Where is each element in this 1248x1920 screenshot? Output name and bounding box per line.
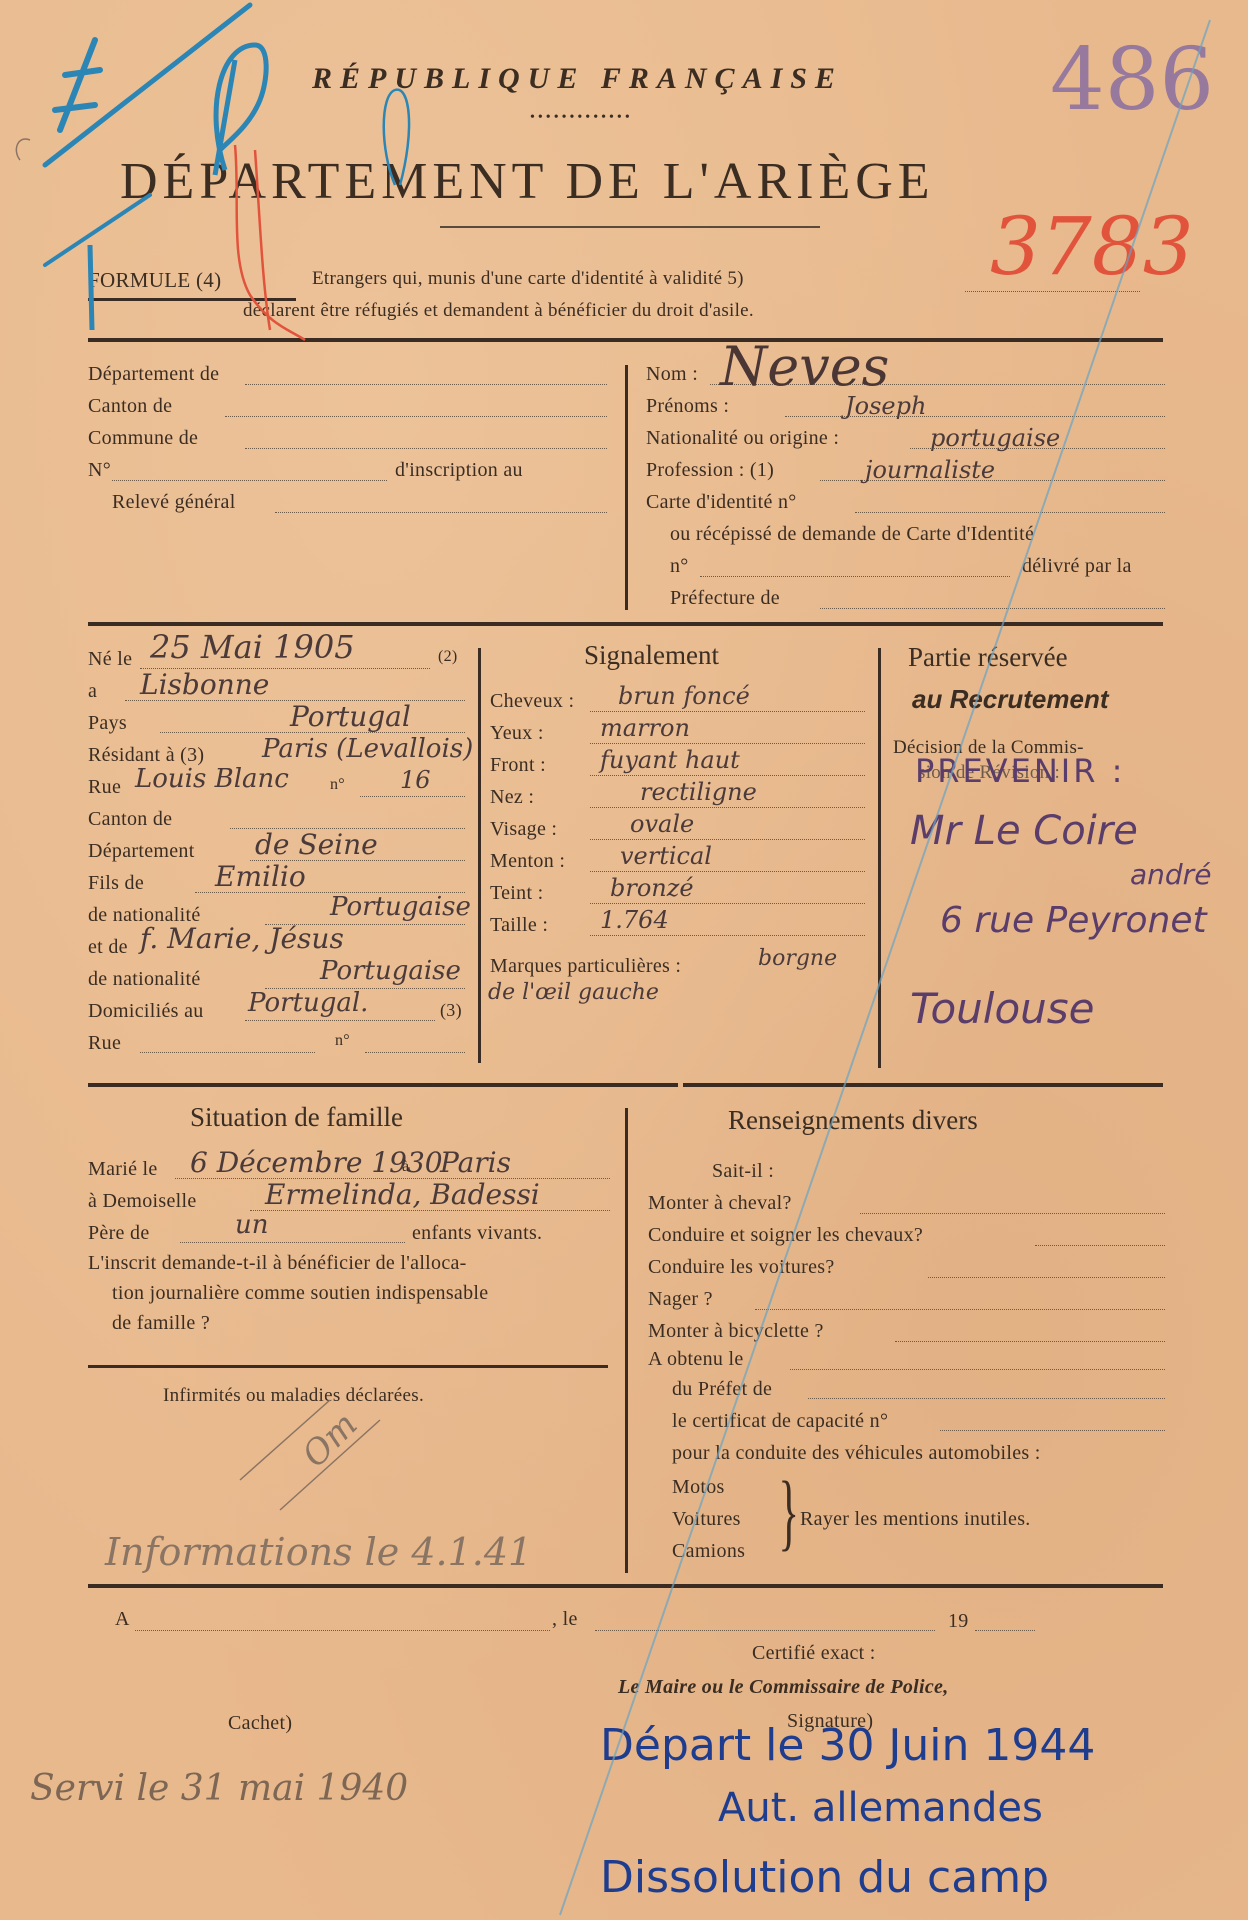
signalement-value: fuyant haut: [600, 746, 740, 774]
inscription-label: d'inscription au: [395, 459, 523, 482]
pere-de-field[interactable]: [180, 1242, 405, 1243]
departement-de-field[interactable]: [245, 384, 607, 385]
signalement-value: bronzé: [610, 874, 694, 902]
footer-year-field[interactable]: [975, 1630, 1035, 1631]
signalement-label: Teint :: [490, 882, 543, 905]
renseignement-answer-field[interactable]: [860, 1213, 1165, 1214]
rue-no-value: 16: [400, 766, 431, 794]
footer-place-field[interactable]: [135, 1630, 550, 1631]
renseignement-answer-field[interactable]: [755, 1309, 1165, 1310]
numero-field[interactable]: [112, 480, 387, 481]
renseignement-answer-field[interactable]: [1035, 1245, 1165, 1246]
formule-line2: déclarent être réfugiés et demandent à b…: [243, 300, 754, 322]
infirmites-pencil-mark: Om: [295, 1405, 366, 1476]
nationalite2-value: Portugaise: [320, 956, 461, 986]
formule-blank: [965, 291, 1140, 292]
renseignement-question: Conduire et soigner les chevaux?: [648, 1224, 923, 1247]
profession-value: journaliste: [865, 456, 995, 484]
releve-general-label: Relevé général: [112, 491, 236, 514]
pays-label: Pays: [88, 712, 127, 735]
department-title: DÉPARTEMENT DE L'ARIÈGE: [120, 152, 935, 211]
prefet-label: du Préfet de: [672, 1378, 772, 1401]
residant-value: Paris (Levallois): [262, 734, 473, 764]
marie-le-label: Marié le: [88, 1158, 158, 1181]
carte-identite-label: Carte d'identité n°: [646, 491, 797, 514]
rue2-no-label: n°: [335, 1032, 350, 1050]
signalement-field[interactable]: [590, 775, 865, 776]
title-ornament-rule: [440, 226, 820, 228]
marques-label: Marques particulières :: [490, 955, 681, 978]
fils-de-label: Fils de: [88, 872, 144, 895]
servi-note: Servi le 31 mai 1940: [30, 1768, 408, 1809]
renseignement-question: Nager ?: [648, 1288, 713, 1311]
famille-rule: [88, 1365, 608, 1368]
signalement-title: Signalement: [584, 640, 719, 671]
certificat-label: le certificat de capacité n°: [672, 1410, 888, 1433]
ne-le-value: 25 Mai 1905: [150, 628, 355, 666]
nationalite-value: portugaise: [930, 424, 1060, 452]
allocation-question-2: tion journalière comme soutien indispens…: [112, 1282, 488, 1305]
signalement-field[interactable]: [590, 903, 865, 904]
cachet-label: Cachet): [228, 1712, 292, 1735]
domicilies-value: Portugal.: [248, 988, 368, 1018]
signalement-value: rectiligne: [640, 778, 757, 806]
blue-crayon-slash-1: [45, 5, 250, 165]
recrutement-title2: au Recrutement: [912, 684, 1109, 715]
renseignement-question: Conduire les voitures?: [648, 1256, 835, 1279]
rue2-label: Rue: [88, 1032, 121, 1055]
pays-value: Portugal: [290, 700, 411, 733]
signalement-value: marron: [600, 714, 690, 742]
recrutement-title1: Partie réservée: [908, 642, 1068, 673]
renseignement-question: A obtenu le: [648, 1348, 744, 1371]
red-file-number: 3783: [990, 200, 1194, 293]
prenoms-field[interactable]: [785, 416, 1165, 417]
republic-title: RÉPUBLIQUE FRANÇAISE: [312, 62, 843, 96]
recepisse-label: ou récépissé de demande de Carte d'Ident…: [670, 523, 1034, 546]
formule-line1: Etrangers qui, munis d'une carte d'ident…: [312, 268, 744, 290]
vehicle-motos: Motos: [672, 1476, 725, 1499]
header-rule: [88, 338, 1163, 342]
domicilies-label: Domiciliés au: [88, 1000, 204, 1023]
recepisse-no-field[interactable]: [700, 576, 1010, 577]
pere-de-label: Père de: [88, 1222, 150, 1245]
recrutement-note-4: Toulouse: [910, 984, 1095, 1033]
recepisse-no-label: n°: [670, 555, 689, 578]
footer-a-label: A: [115, 1608, 130, 1631]
pere-de-value: un: [235, 1210, 269, 1240]
signalement-field[interactable]: [590, 839, 865, 840]
signalement-value: 1.764: [600, 906, 669, 934]
signalement-field[interactable]: [590, 711, 865, 712]
canton-label: Canton de: [88, 808, 172, 831]
rue-value: Louis Blanc: [135, 764, 289, 794]
renseignement-answer-field[interactable]: [895, 1341, 1165, 1342]
signalement-field[interactable]: [590, 935, 865, 936]
nom-label: Nom :: [646, 363, 698, 386]
conduite-label: pour la conduite des véhicules automobil…: [672, 1442, 1041, 1465]
renseignement-question: Monter à cheval?: [648, 1192, 792, 1215]
signalement-divider: [878, 648, 881, 1068]
sait-il-label: Sait-il :: [712, 1160, 774, 1183]
signalement-field[interactable]: [590, 871, 865, 872]
signalement-value: vertical: [620, 842, 712, 870]
renseignement-answer-field[interactable]: [790, 1369, 1165, 1370]
footer-year-prefix: 19: [948, 1610, 969, 1633]
birth-divider: [478, 648, 481, 1063]
marie-a-value: Paris: [440, 1146, 511, 1179]
renseignement-question: Monter à bicyclette ?: [648, 1320, 824, 1343]
blue-note-line-0: Départ le 30 Juin 1944: [600, 1720, 1095, 1771]
pere-de-suffix: enfants vivants.: [412, 1222, 542, 1245]
prefecture-label: Préfecture de: [670, 587, 780, 610]
stamp-number: 486: [1050, 30, 1214, 130]
rue-no-field[interactable]: [360, 796, 465, 797]
rue-label: Rue: [88, 776, 121, 799]
marques-value2: de l'œil gauche: [488, 980, 659, 1005]
domicilies-field[interactable]: [245, 1020, 435, 1021]
commune-de-label: Commune de: [88, 427, 198, 450]
commune-de-field[interactable]: [245, 448, 607, 449]
prefecture-field[interactable]: [820, 608, 1165, 609]
footer-le-label: , le: [552, 1608, 578, 1631]
allocation-question-3: de famille ?: [112, 1312, 210, 1335]
signalement-label: Visage :: [490, 818, 557, 841]
signalement-value: brun foncé: [618, 682, 750, 710]
signalement-label: Menton :: [490, 850, 565, 873]
certifie-label: Certifié exact :: [752, 1642, 876, 1665]
nom-value: Neves: [720, 335, 889, 398]
allocation-question-1: L'inscrit demande-t-il à bénéficier de l…: [88, 1252, 467, 1275]
canton-de-field[interactable]: [225, 416, 607, 417]
recrutement-note-0: PREVENIR :: [915, 752, 1125, 790]
a-value: Lisbonne: [140, 668, 269, 701]
signalement-label: Taille :: [490, 914, 548, 937]
signalement-field[interactable]: [590, 743, 865, 744]
signalement-label: Nez :: [490, 786, 534, 809]
mid-rule-left: [88, 1083, 678, 1087]
footer-date-field[interactable]: [595, 1630, 935, 1631]
prenoms-value: Joseph: [845, 392, 926, 420]
certificat-field[interactable]: [940, 1430, 1165, 1431]
et-de-label: et de: [88, 936, 128, 959]
demoiselle-label: à Demoiselle: [88, 1190, 197, 1213]
vehicle-camions: Camions: [672, 1540, 745, 1563]
vehicle-voitures: Voitures: [672, 1508, 741, 1531]
canton-de-label: Canton de: [88, 395, 172, 418]
blue-crayon-mark-e: [55, 40, 100, 130]
carte-identite-field[interactable]: [855, 512, 1165, 513]
et-de-value: f. Marie, Jésus: [140, 922, 344, 955]
departement-label: Département: [88, 840, 195, 863]
recrutement-note-1: Mr Le Coire: [910, 808, 1138, 854]
prefet-field[interactable]: [808, 1398, 1165, 1399]
blue-note-line-1: Aut. allemandes: [718, 1785, 1043, 1831]
nationalite1-value: Portugaise: [330, 892, 471, 922]
famille-title: Situation de famille: [190, 1102, 403, 1133]
departement-value: de Seine: [255, 828, 378, 861]
signalement-value: ovale: [630, 810, 694, 838]
blue-note-line-2: Dissolution du camp: [600, 1852, 1049, 1903]
mid-rule-right: [683, 1083, 1163, 1087]
vehicles-brace: }: [778, 1468, 799, 1554]
signalement-label: Front :: [490, 754, 546, 777]
departement-de-label: Département de: [88, 363, 219, 386]
marques-value1: borgne: [758, 946, 837, 971]
nationalite2-label: de nationalité: [88, 968, 201, 991]
rue-no-label: n°: [330, 776, 345, 794]
maire-label: Le Maire ou le Commissaire de Police,: [618, 1676, 949, 1699]
title-separator: •••••••••••••: [530, 110, 633, 126]
signalement-label: Cheveux :: [490, 690, 574, 713]
renseignements-divider: [625, 1108, 628, 1573]
domicilies-note: (3): [440, 1000, 462, 1021]
fils-de-value: Emilio: [215, 860, 306, 893]
prenoms-label: Prénoms :: [646, 395, 729, 418]
formule-label: FORMULE (4): [88, 268, 221, 293]
identity-rule: [88, 622, 1163, 626]
numero-label: N°: [88, 459, 111, 482]
infirmites-title: Infirmités ou maladies déclarées.: [163, 1385, 424, 1407]
demoiselle-value: Ermelinda, Badessi: [265, 1178, 540, 1211]
rue2-no-field[interactable]: [365, 1052, 465, 1053]
ne-le-label: Né le: [88, 648, 132, 671]
profession-label: Profession : (1): [646, 459, 774, 482]
bottom-rule: [88, 1584, 1163, 1588]
nationalite-label: Nationalité ou origine :: [646, 427, 839, 450]
rayer-label: Rayer les mentions inutiles.: [800, 1508, 1031, 1531]
renseignement-answer-field[interactable]: [928, 1277, 1165, 1278]
recrutement-note-3: 6 rue Peyronet: [940, 900, 1207, 941]
pencil-mark-margin: [16, 139, 30, 160]
informations-note: Informations le 4.1.41: [105, 1530, 532, 1574]
a-label: a: [88, 680, 97, 703]
ne-le-note: (2): [438, 648, 458, 666]
delivre-label: délivré par la: [1022, 555, 1132, 578]
signalement-label: Yeux :: [490, 722, 544, 745]
renseignements-title: Renseignements divers: [728, 1105, 978, 1136]
registration-divider: [625, 365, 628, 610]
rue2-field[interactable]: [140, 1052, 315, 1053]
signalement-field[interactable]: [590, 807, 865, 808]
recrutement-note-2: andré: [1130, 858, 1211, 891]
marie-a-label: à: [402, 1158, 409, 1176]
releve-general-field[interactable]: [275, 512, 607, 513]
